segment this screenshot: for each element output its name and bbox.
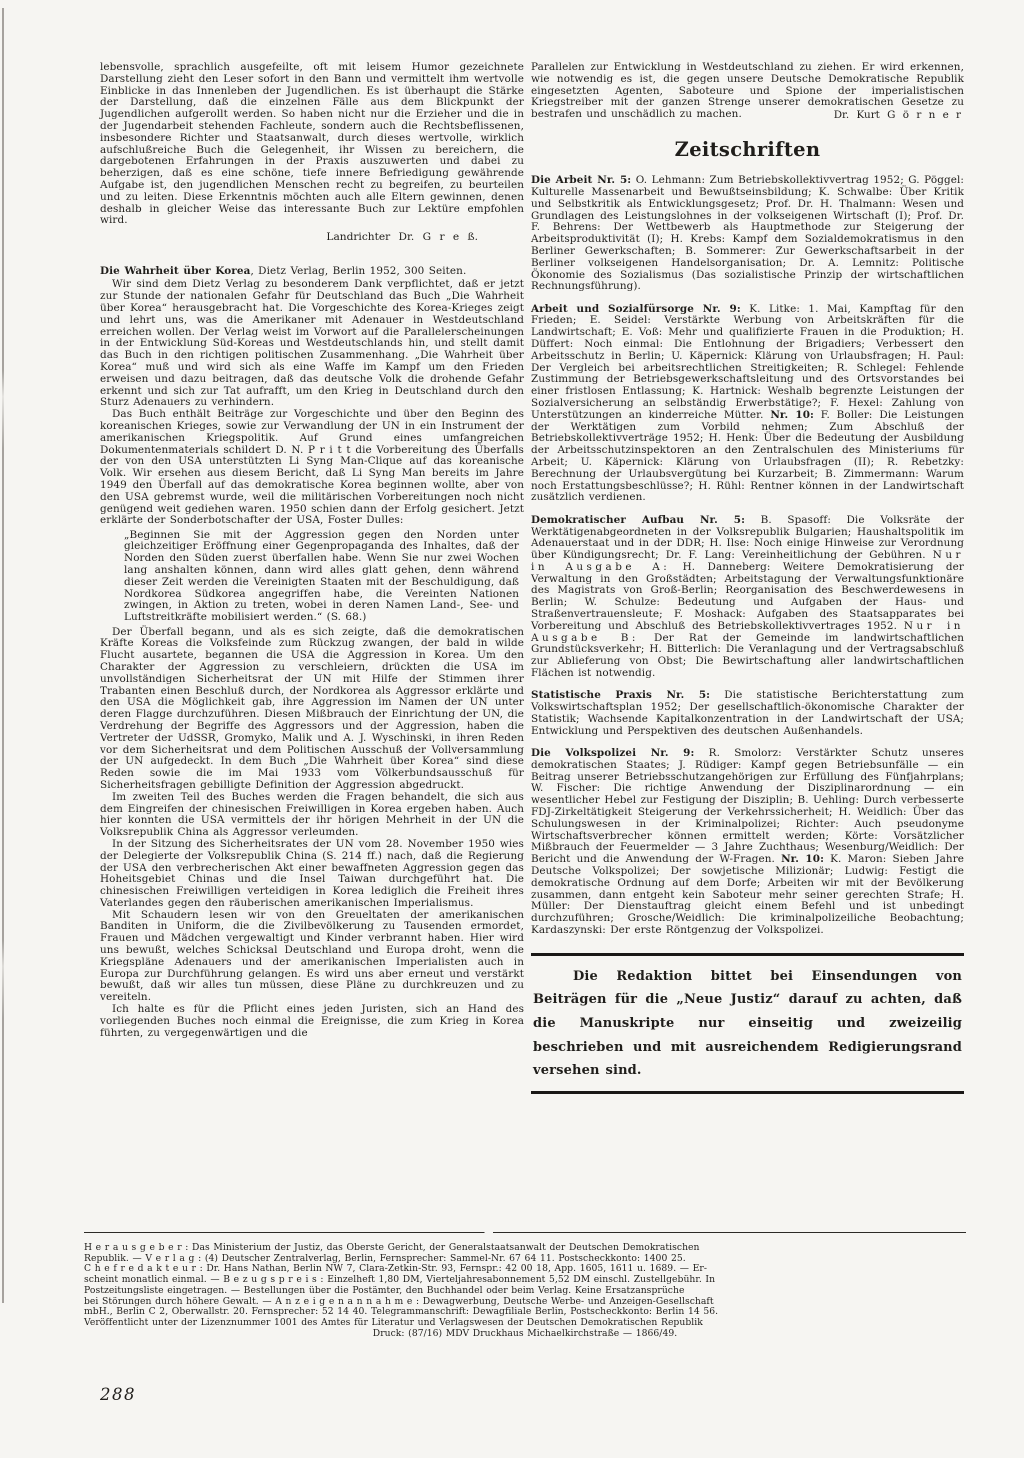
right-column: Parallelen zur Entwicklung in Westdeutsc… xyxy=(531,62,964,1094)
review-paragraph: Ich halte es für die Pflicht eines jeden… xyxy=(100,1004,524,1039)
imprint-line: Postzeitungsliste eingetragen. — Bestell… xyxy=(84,1286,966,1297)
book-title-rest: , Dietz Verlag, Berlin 1952, 300 Seiten. xyxy=(250,265,466,277)
journal-entry-text: K. Litke: 1. Mai, Kampftag für den Fried… xyxy=(531,303,964,421)
review-paragraph: Mit Schaudern lesen wir von den Greuelta… xyxy=(100,910,524,1004)
review-paragraph: Der Überfall begann, und als es sich zei… xyxy=(100,627,524,792)
journal-entry-title: Arbeit und Sozialfürsorge Nr. 9: xyxy=(531,303,741,315)
journal-entry-title: Die Volkspolizei Nr. 9: xyxy=(531,747,694,759)
journal-entry-text: K. Maron: Sieben Jahre Deutsche Volkspol… xyxy=(531,853,964,936)
journal-entry-die-volkspolizei: Die Volkspolizei Nr. 9: R. Smolorz: Vers… xyxy=(531,748,964,937)
review-paragraph: In der Sitzung des Sicherheitsrates der … xyxy=(100,839,524,910)
reviewer-signature-gress: Landrichter Dr. G r e ß. xyxy=(100,231,524,243)
journal-entry-text: R. Smolorz: Verstärkter Schutz unseres d… xyxy=(531,747,964,865)
notice-box-bottom-rule xyxy=(531,1091,964,1094)
review-paragraph: Das Buch enthält Beiträge zur Vorgeschic… xyxy=(100,409,524,527)
journal-entry-text: O. Lehmann: Zum Betriebskollektivvertrag… xyxy=(531,174,964,292)
editorial-notice: Die Redaktion bittet bei Einsendungen vo… xyxy=(533,965,962,1083)
review-paragraph: Wir sind dem Dietz Verlag zu besonderem … xyxy=(100,279,524,409)
journal-page-scan: lebensvolle, sprachlich ausgefeilte, oft… xyxy=(0,0,1024,1458)
journal-entry-text: F. Boller: Die Leistungen der Werktätige… xyxy=(531,409,964,504)
left-column: lebensvolle, sprachlich ausgefeilte, oft… xyxy=(100,62,524,1039)
journal-entry-title: Demokratischer Aufbau Nr. 5: xyxy=(531,514,745,526)
imprint-print-line: Druck: (87/16) MDV Druckhaus Michaelkirc… xyxy=(84,1329,966,1340)
book-title: Die Wahrheit über Korea xyxy=(100,265,250,277)
notice-box-top-rule xyxy=(531,953,964,956)
journal-entry-title: Statistische Praxis Nr. 5: xyxy=(531,689,710,701)
dulles-quote-block: „Beginnen Sie mit der Aggression gegen d… xyxy=(124,530,519,624)
scan-edge-artifact xyxy=(2,8,4,1303)
journal-entry-demokratischer-aufbau: Demokratischer Aufbau Nr. 5: B. Spasoff:… xyxy=(531,515,964,680)
journal-entry-arbeit-und-sozialfuersorge: Arbeit und Sozialfürsorge Nr. 9: K. Litk… xyxy=(531,304,964,505)
imprint-block: H e r a u s g e b e r : Das Ministerium … xyxy=(84,1243,966,1339)
journal-entry-die-arbeit: Die Arbeit Nr. 5: O. Lehmann: Zum Betrie… xyxy=(531,175,964,293)
journal-entry-statistische-praxis: Statistische Praxis Nr. 5: Die statistis… xyxy=(531,690,964,737)
review-paragraph: Im zweiten Teil des Buches werden die Fr… xyxy=(100,792,524,839)
journal-entry-issue-label: Nr. 10: xyxy=(781,853,824,865)
journal-entry-title: Die Arbeit Nr. 5: xyxy=(531,174,631,186)
zeitschriften-heading: Zeitschriften xyxy=(531,138,964,161)
book-review-title-line: Die Wahrheit über Korea, Dietz Verlag, B… xyxy=(100,266,524,278)
imprint-divider-rule xyxy=(84,1232,966,1233)
journal-entry-issue-label: Nr. 10: xyxy=(770,409,814,421)
review-continuation-paragraph: lebensvolle, sprachlich ausgefeilte, oft… xyxy=(100,62,524,227)
page-number: 288 xyxy=(100,1385,136,1404)
